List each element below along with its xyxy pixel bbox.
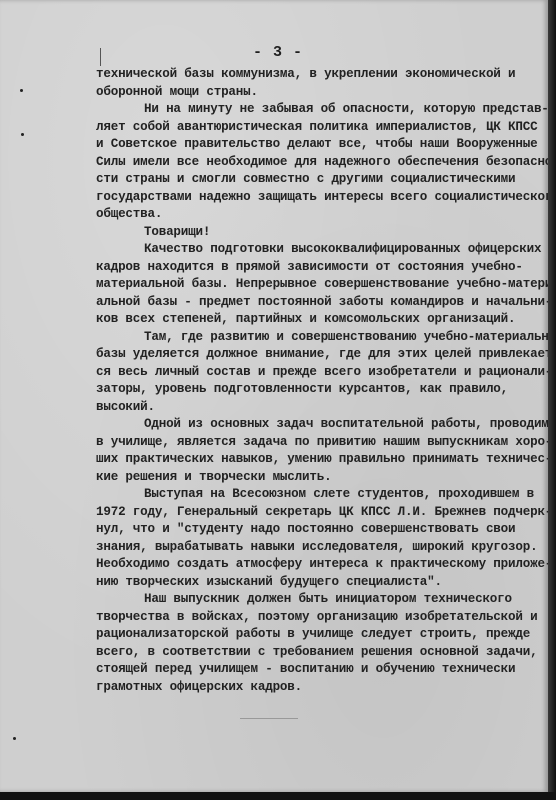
paper-speck (20, 89, 23, 92)
text-line: ков всех степеней, партийных и комсомоль… (96, 311, 556, 329)
text-line: кие решения и творчески мыслить. (96, 469, 556, 487)
margin-pencil-mark (100, 48, 101, 66)
text-line: ся весь личный состав и прежде всего изо… (96, 364, 556, 382)
text-line: базы уделяется должное внимание, где для… (96, 346, 556, 364)
text-line: творчества в войсках, поэтому организаци… (96, 609, 556, 627)
text-line: Необходимо создать атмосферу интереса к … (96, 556, 556, 574)
body-text: технической базы коммунизма, в укреплени… (96, 66, 556, 696)
paper-speck (13, 737, 16, 740)
text-line: всего, в соответствии с требованием реше… (96, 644, 556, 662)
paper-speck (21, 133, 24, 136)
text-line: Выступая на Всесоюзном слете студентов, … (96, 486, 556, 504)
document-page: - 3 - технической базы коммунизма, в укр… (0, 0, 548, 792)
text-line: Наш выпускник должен быть инициатором те… (96, 591, 556, 609)
text-line: общества. (96, 206, 556, 224)
text-line: высокий. (96, 399, 556, 417)
text-line: сти страны и смогли совместно с другими … (96, 171, 556, 189)
text-line: в училище, является задача по привитию н… (96, 434, 556, 452)
text-line: Силы имели все необходимое для надежного… (96, 154, 556, 172)
text-line: Там, где развитию и совершенствованию уч… (96, 329, 556, 347)
scan-edge-right (548, 0, 556, 800)
text-line: оборонной мощи страны. (96, 84, 556, 102)
text-line: рационализаторской работы в училище след… (96, 626, 556, 644)
text-line: кадров находится в прямой зависимости от… (96, 259, 556, 277)
text-line: ших практических навыков, умению правиль… (96, 451, 556, 469)
scan-edge-bottom (0, 792, 556, 800)
text-line: технической базы коммунизма, в укреплени… (96, 66, 556, 84)
text-line: 1972 году, Генеральный секретарь ЦК КПСС… (96, 504, 556, 522)
text-line: государствами надежно защищать интересы … (96, 189, 556, 207)
pencil-underline (240, 718, 298, 719)
page-number: - 3 - (0, 44, 556, 61)
text-line: нию творческих изысканий будущего специа… (96, 574, 556, 592)
text-line: нул, что и "студенту надо постоянно сове… (96, 521, 556, 539)
text-line: грамотных офицерских кадров. (96, 679, 556, 697)
text-line: альной базы - предмет постоянной заботы … (96, 294, 556, 312)
text-line: Ни на минуту не забывая об опасности, ко… (96, 101, 556, 119)
text-line: и Советское правительство делают все, чт… (96, 136, 556, 154)
text-line: Одной из основных задач воспитательной р… (96, 416, 556, 434)
text-line: знания, вырабатывать навыки исследовател… (96, 539, 556, 557)
text-line: ляет собой авантюристическая политика им… (96, 119, 556, 137)
text-line: Качество подготовки высококвалифицирован… (96, 241, 556, 259)
text-line: заторы, уровень подготовленности курсант… (96, 381, 556, 399)
text-line: Товарищи! (96, 224, 556, 242)
text-line: стоящей перед училищем - воспитанию и об… (96, 661, 556, 679)
text-line: материальной базы. Непрерывное совершенс… (96, 276, 556, 294)
